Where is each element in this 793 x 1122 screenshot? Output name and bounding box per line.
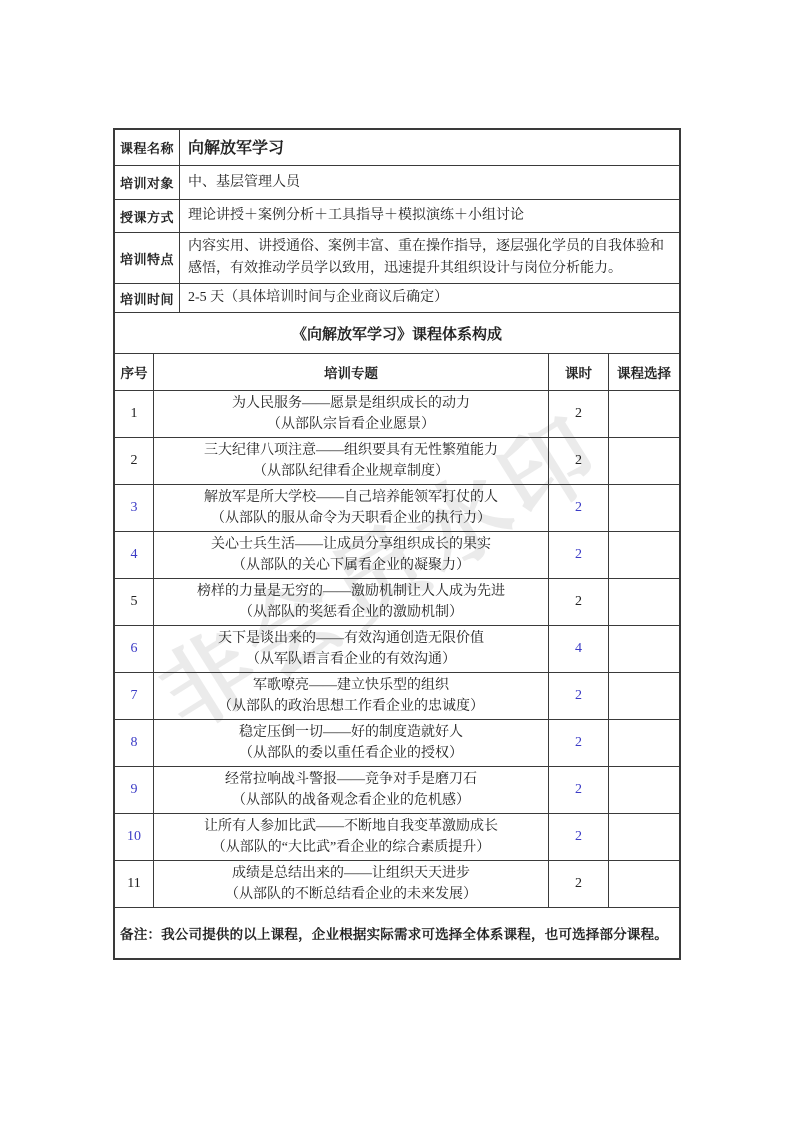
- topic-cell: 解放军是所大学校——自己培养能领军打仗的人 （从部队的服从命令为天职看企业的执行…: [153, 485, 548, 531]
- document-page: 非会员水印 课程名称 向解放军学习 培训对象 中、基层管理人员 授课方式 理论讲…: [0, 0, 793, 1122]
- topic-line2: （从部队的政治思想工作看企业的忠诚度）: [218, 696, 484, 717]
- topic-cell: 三大纪律八项注意——组织要具有无性繁殖能力 （从部队纪律看企业规章制度）: [153, 438, 548, 484]
- course-row: 1 为人民服务——愿景是组织成长的动力 （从部队宗旨看企业愿景） 2: [115, 390, 679, 437]
- course-row: 9 经常拉响战斗警报——竞争对手是磨刀石 （从部队的战备观念看企业的危机感） 2: [115, 766, 679, 813]
- topic-line2: （从部队的委以重任看企业的授权）: [239, 743, 463, 764]
- course-row: 8 稳定压倒一切——好的制度造就好人 （从部队的委以重任看企业的授权） 2: [115, 719, 679, 766]
- topic-cell: 成绩是总结出来的——让组织天天进步 （从部队的不断总结看企业的未来发展）: [153, 861, 548, 907]
- topic-line2: （从部队宗旨看企业愿景）: [267, 414, 435, 435]
- row-number: 7: [115, 673, 153, 719]
- hours-value: 2: [548, 861, 608, 907]
- selection-cell: [608, 485, 679, 531]
- hours-value: 2: [548, 767, 608, 813]
- selection-cell: [608, 626, 679, 672]
- audience-value: 中、基层管理人员: [179, 166, 679, 199]
- topic-line1: 让所有人参加比武——不断地自我变革激励成长: [204, 816, 498, 837]
- topic-cell: 关心士兵生活——让成员分享组织成长的果实 （从部队的关心下属看企业的凝聚力）: [153, 532, 548, 578]
- row-number: 6: [115, 626, 153, 672]
- selection-cell: [608, 532, 679, 578]
- col-header-hours: 课时: [548, 354, 608, 390]
- col-header-select: 课程选择: [608, 354, 679, 390]
- selection-cell: [608, 767, 679, 813]
- row-number: 5: [115, 579, 153, 625]
- info-label: 培训特点: [115, 233, 179, 283]
- hours-value: 2: [548, 673, 608, 719]
- hours-value: 2: [548, 532, 608, 578]
- hours-value: 2: [548, 438, 608, 484]
- col-header-topic: 培训专题: [153, 354, 548, 390]
- selection-cell: [608, 720, 679, 766]
- hours-value: 4: [548, 626, 608, 672]
- topic-line1: 榜样的力量是无穷的——激励机制让人人成为先进: [197, 581, 505, 602]
- selection-cell: [608, 391, 679, 437]
- topic-line1: 解放军是所大学校——自己培养能领军打仗的人: [204, 487, 498, 508]
- info-label: 培训对象: [115, 166, 179, 199]
- topic-cell: 天下是谈出来的——有效沟通创造无限价值 （从军队语言看企业的有效沟通）: [153, 626, 548, 672]
- row-number: 4: [115, 532, 153, 578]
- topic-line2: （从部队的服从命令为天职看企业的执行力）: [211, 508, 491, 529]
- course-row: 3 解放军是所大学校——自己培养能领军打仗的人 （从部队的服从命令为天职看企业的…: [115, 484, 679, 531]
- topic-line2: （从部队的关心下属看企业的凝聚力）: [232, 555, 470, 576]
- hours-value: 2: [548, 720, 608, 766]
- course-row: 6 天下是谈出来的——有效沟通创造无限价值 （从军队语言看企业的有效沟通） 4: [115, 625, 679, 672]
- topic-cell: 军歌嘹亮——建立快乐型的组织 （从部队的政治思想工作看企业的忠诚度）: [153, 673, 548, 719]
- col-header-num: 序号: [115, 354, 153, 390]
- topic-line1: 军歌嘹亮——建立快乐型的组织: [253, 675, 449, 696]
- row-number: 1: [115, 391, 153, 437]
- info-row-audience: 培训对象 中、基层管理人员: [115, 165, 679, 199]
- selection-cell: [608, 673, 679, 719]
- topic-line2: （从部队的“大比武”看企业的综合素质提升）: [212, 837, 490, 858]
- section-title: 《向解放军学习》课程体系构成: [115, 313, 679, 353]
- info-row-method: 授课方式 理论讲授＋案例分析＋工具指导＋模拟演练＋小组讨论: [115, 199, 679, 232]
- method-value: 理论讲授＋案例分析＋工具指导＋模拟演练＋小组讨论: [179, 200, 679, 232]
- hours-value: 2: [548, 391, 608, 437]
- course-row: 4 关心士兵生活——让成员分享组织成长的果实 （从部队的关心下属看企业的凝聚力）…: [115, 531, 679, 578]
- topic-cell: 经常拉响战斗警报——竞争对手是磨刀石 （从部队的战备观念看企业的危机感）: [153, 767, 548, 813]
- hours-value: 2: [548, 814, 608, 860]
- duration-value: 2-5 天（具体培训时间与企业商议后确定）: [179, 284, 679, 312]
- topic-cell: 稳定压倒一切——好的制度造就好人 （从部队的委以重任看企业的授权）: [153, 720, 548, 766]
- info-label: 课程名称: [115, 130, 179, 165]
- hours-value: 2: [548, 579, 608, 625]
- topic-line2: （从部队的不断总结看企业的未来发展）: [225, 884, 477, 905]
- course-row: 10 让所有人参加比武——不断地自我变革激励成长 （从部队的“大比武”看企业的综…: [115, 813, 679, 860]
- topic-line2: （从部队的战备观念看企业的危机感）: [232, 790, 470, 811]
- note-text: 备注：我公司提供的以上课程，企业根据实际需求可选择全体系课程，也可选择部分课程。: [115, 908, 679, 958]
- topic-line2: （从部队纪律看企业规章制度）: [253, 461, 449, 482]
- topic-line1: 成绩是总结出来的——让组织天天进步: [232, 863, 470, 884]
- row-number: 10: [115, 814, 153, 860]
- topic-cell: 让所有人参加比武——不断地自我变革激励成长 （从部队的“大比武”看企业的综合素质…: [153, 814, 548, 860]
- course-row: 2 三大纪律八项注意——组织要具有无性繁殖能力 （从部队纪律看企业规章制度） 2: [115, 437, 679, 484]
- row-number: 8: [115, 720, 153, 766]
- course-name-value: 向解放军学习: [179, 130, 679, 165]
- selection-cell: [608, 579, 679, 625]
- hours-value: 2: [548, 485, 608, 531]
- course-row: 11 成绩是总结出来的——让组织天天进步 （从部队的不断总结看企业的未来发展） …: [115, 860, 679, 907]
- topic-cell: 榜样的力量是无穷的——激励机制让人人成为先进 （从部队的奖惩看企业的激励机制）: [153, 579, 548, 625]
- topic-line1: 稳定压倒一切——好的制度造就好人: [239, 722, 463, 743]
- course-row: 5 榜样的力量是无穷的——激励机制让人人成为先进 （从部队的奖惩看企业的激励机制…: [115, 578, 679, 625]
- info-row-features: 培训特点 内容实用、讲授通俗、案例丰富、重在操作指导，逐层强化学员的自我体验和感…: [115, 232, 679, 283]
- row-number: 11: [115, 861, 153, 907]
- topic-line2: （从部队的奖惩看企业的激励机制）: [239, 602, 463, 623]
- topic-line1: 关心士兵生活——让成员分享组织成长的果实: [211, 534, 491, 555]
- course-row: 7 军歌嘹亮——建立快乐型的组织 （从部队的政治思想工作看企业的忠诚度） 2: [115, 672, 679, 719]
- selection-cell: [608, 438, 679, 484]
- info-label: 培训时间: [115, 284, 179, 312]
- selection-cell: [608, 861, 679, 907]
- info-label: 授课方式: [115, 200, 179, 232]
- selection-cell: [608, 814, 679, 860]
- topic-line1: 经常拉响战斗警报——竞争对手是磨刀石: [225, 769, 477, 790]
- topic-line1: 为人民服务——愿景是组织成长的动力: [232, 393, 470, 414]
- info-row-duration: 培训时间 2-5 天（具体培训时间与企业商议后确定）: [115, 283, 679, 312]
- topic-cell: 为人民服务——愿景是组织成长的动力 （从部队宗旨看企业愿景）: [153, 391, 548, 437]
- topic-line2: （从军队语言看企业的有效沟通）: [246, 649, 456, 670]
- course-table-header: 序号 培训专题 课时 课程选择: [115, 353, 679, 390]
- row-number: 3: [115, 485, 153, 531]
- info-row-course-name: 课程名称 向解放军学习: [115, 130, 679, 165]
- row-number: 2: [115, 438, 153, 484]
- features-value: 内容实用、讲授通俗、案例丰富、重在操作指导，逐层强化学员的自我体验和感悟，有效推…: [179, 233, 679, 283]
- row-number: 9: [115, 767, 153, 813]
- topic-line1: 三大纪律八项注意——组织要具有无性繁殖能力: [204, 440, 498, 461]
- course-sheet-table: 课程名称 向解放军学习 培训对象 中、基层管理人员 授课方式 理论讲授＋案例分析…: [113, 128, 681, 960]
- topic-line1: 天下是谈出来的——有效沟通创造无限价值: [218, 628, 484, 649]
